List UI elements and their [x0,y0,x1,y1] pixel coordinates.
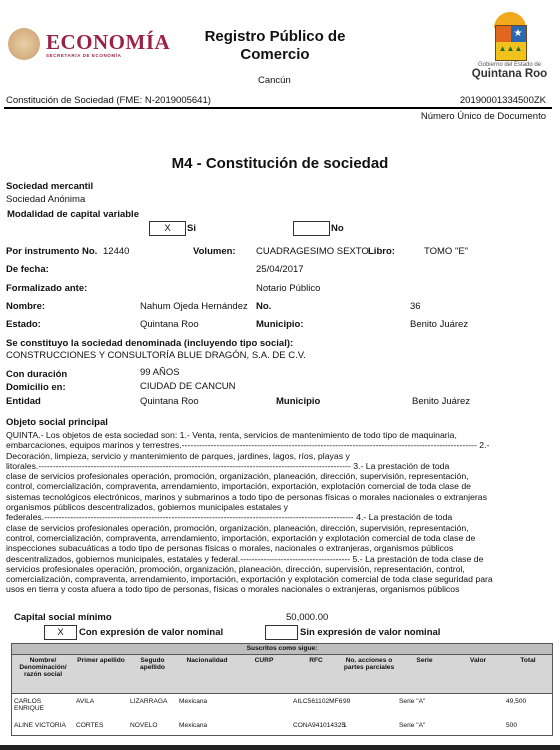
si-label: Si [187,223,196,234]
trees-icon: ▲▲▲ [496,42,526,60]
formalizado-label: Formalizado ante: [6,283,87,294]
table-cell: 99 [341,696,397,705]
objeto-line: servicios profesionales operación, promo… [6,564,558,574]
column-header: Serie [397,655,452,693]
sociedad-label: Sociedad mercantil [6,181,93,192]
registry-title-line2: Comercio [190,46,360,64]
star-icon: ★ [511,26,526,42]
economia-wordmark: ECONOMÍA [46,31,170,53]
table-cell: 49,500 [504,696,552,705]
city: Cancún [258,75,291,86]
column-header: Valor [452,655,504,693]
mexico-seal-icon [8,28,40,60]
column-header: RFC [291,655,341,693]
table-cell: LIZARRAGA [128,696,177,705]
table-body: CARLOS ENRIQUEAVILALIZARRAGAMexicanaAILC… [12,694,552,735]
column-header: Nombre/ Denominación/ razón social [12,655,74,693]
volumen-value: CUADRAGESIMO SEXTO [256,246,369,257]
modalidad-label: Modalidad de capital variable [7,209,139,220]
objeto-line: embarcaciones, equipos marinos y terrest… [6,440,558,450]
table-cell [452,720,504,722]
suscritos-caption: Suscritos como sigue: [12,644,552,655]
objeto-line: comercialización, compraventa, arrendami… [6,574,558,584]
no-checkbox[interactable] [293,221,330,236]
economia-logo: ECONOMÍA SECRETARÍA DE ECONOMÍA [8,28,170,60]
table-cell: CONA941014325 [291,720,341,729]
column-header: Nacionalidad [177,655,237,693]
libro-label: Libro: [368,246,395,257]
sin-valor-checkbox[interactable] [265,625,298,640]
objeto-line: usos en tierra y costa afuera a todo tip… [6,584,558,594]
entidad-municipio-value: Benito Juárez [412,396,470,407]
table-cell: CORTES [74,720,128,729]
nombre-value: Nahum Ojeda Hernández [140,301,248,312]
table-cell: Serie "A" [397,696,452,705]
column-header: No. acciones o partes parciales [341,655,397,693]
table-cell: ALINE VICTORIA [12,720,74,729]
quintana-roo-logo: ★ ▲▲▲ Gobierno del Estado de Quintana Ro… [462,12,557,80]
registry-title-line1: Registro Público de [190,28,360,46]
objeto-line: sistemas tecnológicos electrónicos, mari… [6,492,558,502]
domicilio-value: CIUDAD DE CANCUN [140,381,236,392]
objeto-line: control, comercialización, compraventa, … [6,481,558,491]
suscritos-table: Suscritos como sigue: Nombre/ Denominaci… [11,643,553,736]
table-cell [237,720,291,722]
table-cell: NOVELO [128,720,177,729]
column-header: Segudo apellido [128,655,177,693]
table-cell: 500 [504,720,552,729]
objeto-text: QUINTA.- Los objetos de esta sociedad so… [6,430,558,595]
estado-value: Quintana Roo [140,319,199,330]
no-label: No [331,223,344,234]
formalizado-value: Notario Público [256,283,320,294]
table-cell: CARLOS ENRIQUE [12,696,74,712]
libro-value: TOMO "E" [424,246,468,257]
entidad-label: Entidad [6,396,41,407]
objeto-line: clase de servicios profesionales operaci… [6,471,558,481]
table-row: ALINE VICTORIACORTESNOVELOMexicanaCONA94… [12,718,552,735]
sociedad-value: Sociedad Anónima [6,194,85,205]
objeto-label: Objeto social principal [6,417,108,428]
volumen-label: Volumen: [193,246,236,257]
duracion-value: 99 AÑOS [140,367,180,378]
table-cell [237,696,291,698]
column-header: CURP [237,655,291,693]
column-header: Primer apellido [74,655,128,693]
page-title: M4 - Constitución de sociedad [0,155,560,172]
document-reference: Constitución de Sociedad (FME: N-2019005… [6,95,211,106]
table-header: Nombre/ Denominación/ razón socialPrimer… [12,655,552,694]
objeto-line: QUINTA.- Los objetos de esta sociedad so… [6,430,558,440]
notario-no-label: No. [256,301,271,312]
municipio-value: Benito Juárez [410,319,468,330]
table-cell: AILC561102MF6 [291,696,341,705]
notario-no-value: 36 [410,301,421,312]
objeto-line: organismos públicos descentralizados, go… [6,502,558,512]
capital-value: 50,000.00 [286,612,328,623]
estado-label: Estado: [6,319,41,330]
footer-bar [0,745,560,750]
objeto-line: Decoración, limpieza, servicio y manteni… [6,451,558,461]
table-cell: 1 [341,720,397,729]
denominacion-value: CONSTRUCCIONES Y CONSULTORÍA BLUE DRAGÓN… [6,350,306,361]
denominacion-label: Se constituyo la sociedad denominada (in… [6,338,293,349]
qroo-name: Quintana Roo [462,68,557,80]
objeto-line: control, comercialización, compraventa, … [6,533,558,543]
con-valor-checkbox[interactable]: X [44,625,77,640]
si-checkbox[interactable]: X [149,221,186,236]
objeto-line: federales.------------------------------… [6,512,558,522]
quintana-roo-shield-icon: ★ ▲▲▲ [490,12,530,60]
entidad-value: Quintana Roo [140,396,199,407]
domicilio-label: Domicilio en: [6,382,66,393]
instrumento-value: 12440 [103,246,129,257]
fecha-value: 25/04/2017 [256,264,304,275]
objeto-line: litorales.------------------------------… [6,461,558,471]
document-number-label: Número Único de Documento [421,111,546,122]
fecha-label: De fecha: [6,264,49,275]
table-cell: Mexicana [177,696,237,705]
objeto-line: clase de servicios profesionales operaci… [6,523,558,533]
instrumento-label: Por instrumento No. [6,246,97,257]
table-cell: Mexicana [177,720,237,729]
table-cell: Serie "A" [397,720,452,729]
sin-valor-label: Sin expresión de valor nominal [300,627,440,638]
capital-label: Capital social mínimo [14,612,112,623]
header-divider [4,107,552,109]
document-number: 20190001334500ZK [460,95,546,106]
registry-title: Registro Público de Comercio [190,28,360,64]
municipio-label: Municipio: [256,319,304,330]
duracion-label: Con duración [6,369,67,380]
table-cell: AVILA [74,696,128,705]
entidad-municipio-label: Municipio [276,396,320,407]
objeto-line: descentralizados, gobiernos municipales,… [6,554,558,564]
table-row: CARLOS ENRIQUEAVILALIZARRAGAMexicanaAILC… [12,694,552,718]
nombre-label: Nombre: [6,301,45,312]
column-header: Total [504,655,552,693]
table-cell [452,696,504,698]
con-valor-label: Con expresión de valor nominal [79,627,223,638]
objeto-line: inspecciones subacuáticas a todo tipo de… [6,543,558,553]
